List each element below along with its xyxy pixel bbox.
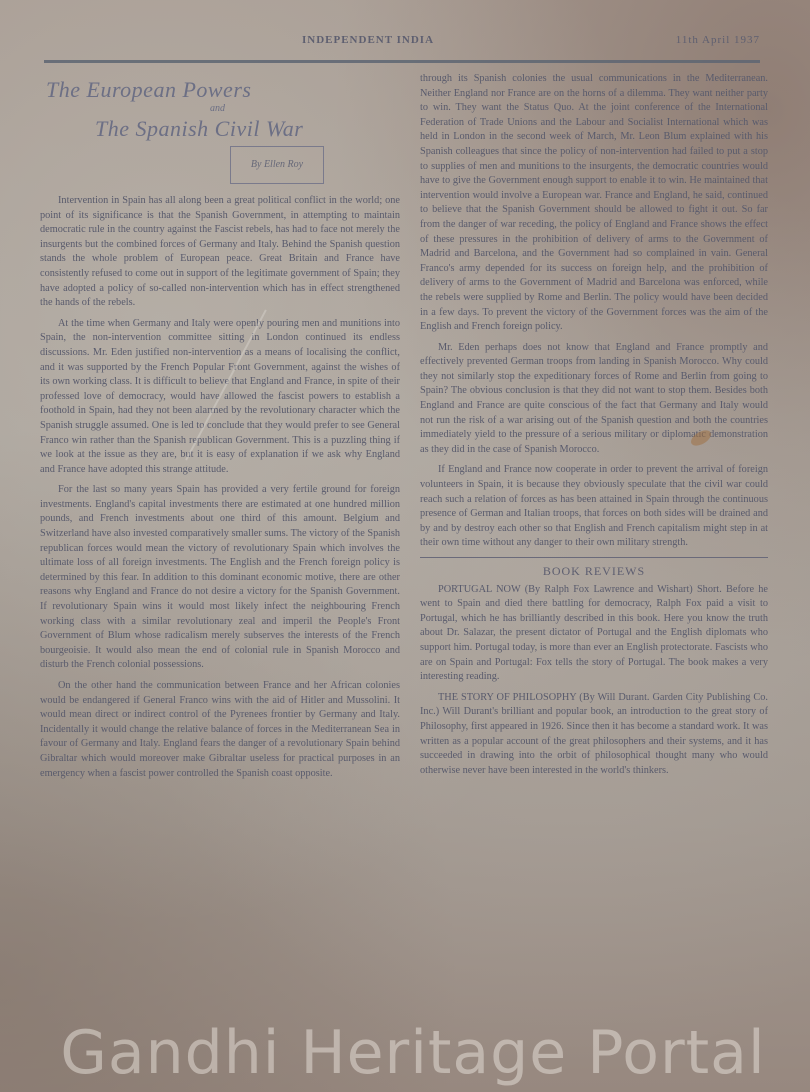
book-review: THE STORY OF PHILOSOPHY (By Will Durant.… — [420, 691, 768, 779]
masthead: INDEPENDENT INDIA — [302, 34, 434, 46]
byline-box: By Ellen Roy — [230, 146, 324, 184]
article-paragraph: Intervention in Spain has all along been… — [40, 194, 400, 311]
review-body: Will Durant's brilliant and popular book… — [420, 706, 768, 775]
article-paragraph: Mr. Eden perhaps does not know that Engl… — [420, 341, 768, 458]
book-reviews-heading: BOOK REVIEWS — [420, 564, 768, 579]
article-title-and: and — [210, 102, 400, 116]
section-divider — [420, 557, 768, 558]
book-review: PORTUGAL NOW (By Ralph Fox Lawrence and … — [420, 583, 768, 685]
left-column: The European Powers and The Spanish Civi… — [40, 78, 400, 787]
article-paragraph: If England and France now cooperate in o… — [420, 463, 768, 551]
review-details: (By Ralph Fox Lawrence and Wishart) Shor… — [525, 584, 726, 595]
issue-date: 11th April 1937 — [676, 34, 760, 46]
byline: By Ellen Roy — [251, 158, 303, 173]
review-title: PORTUGAL NOW — [438, 584, 525, 595]
review-body: Before he went to Spain and died there b… — [420, 584, 768, 683]
article-paragraph: through its Spanish colonies the usual c… — [420, 72, 768, 335]
article-title-line1: The European Powers — [46, 78, 400, 102]
header-rule — [44, 60, 760, 63]
newspaper-page: INDEPENDENT INDIA 11th April 1937 The Eu… — [0, 0, 810, 1092]
running-header: INDEPENDENT INDIA 11th April 1937 — [290, 34, 770, 50]
article-paragraph: For the last so many years Spain has pro… — [40, 483, 400, 673]
article-paragraph: On the other hand the communication betw… — [40, 679, 400, 781]
right-column: through its Spanish colonies the usual c… — [420, 72, 768, 784]
watermark: Gandhi Heritage Portal — [28, 1018, 798, 1088]
article-title-line2: The Spanish Civil War — [95, 116, 400, 142]
review-title: THE STORY OF PHILOSOPHY — [438, 692, 579, 703]
